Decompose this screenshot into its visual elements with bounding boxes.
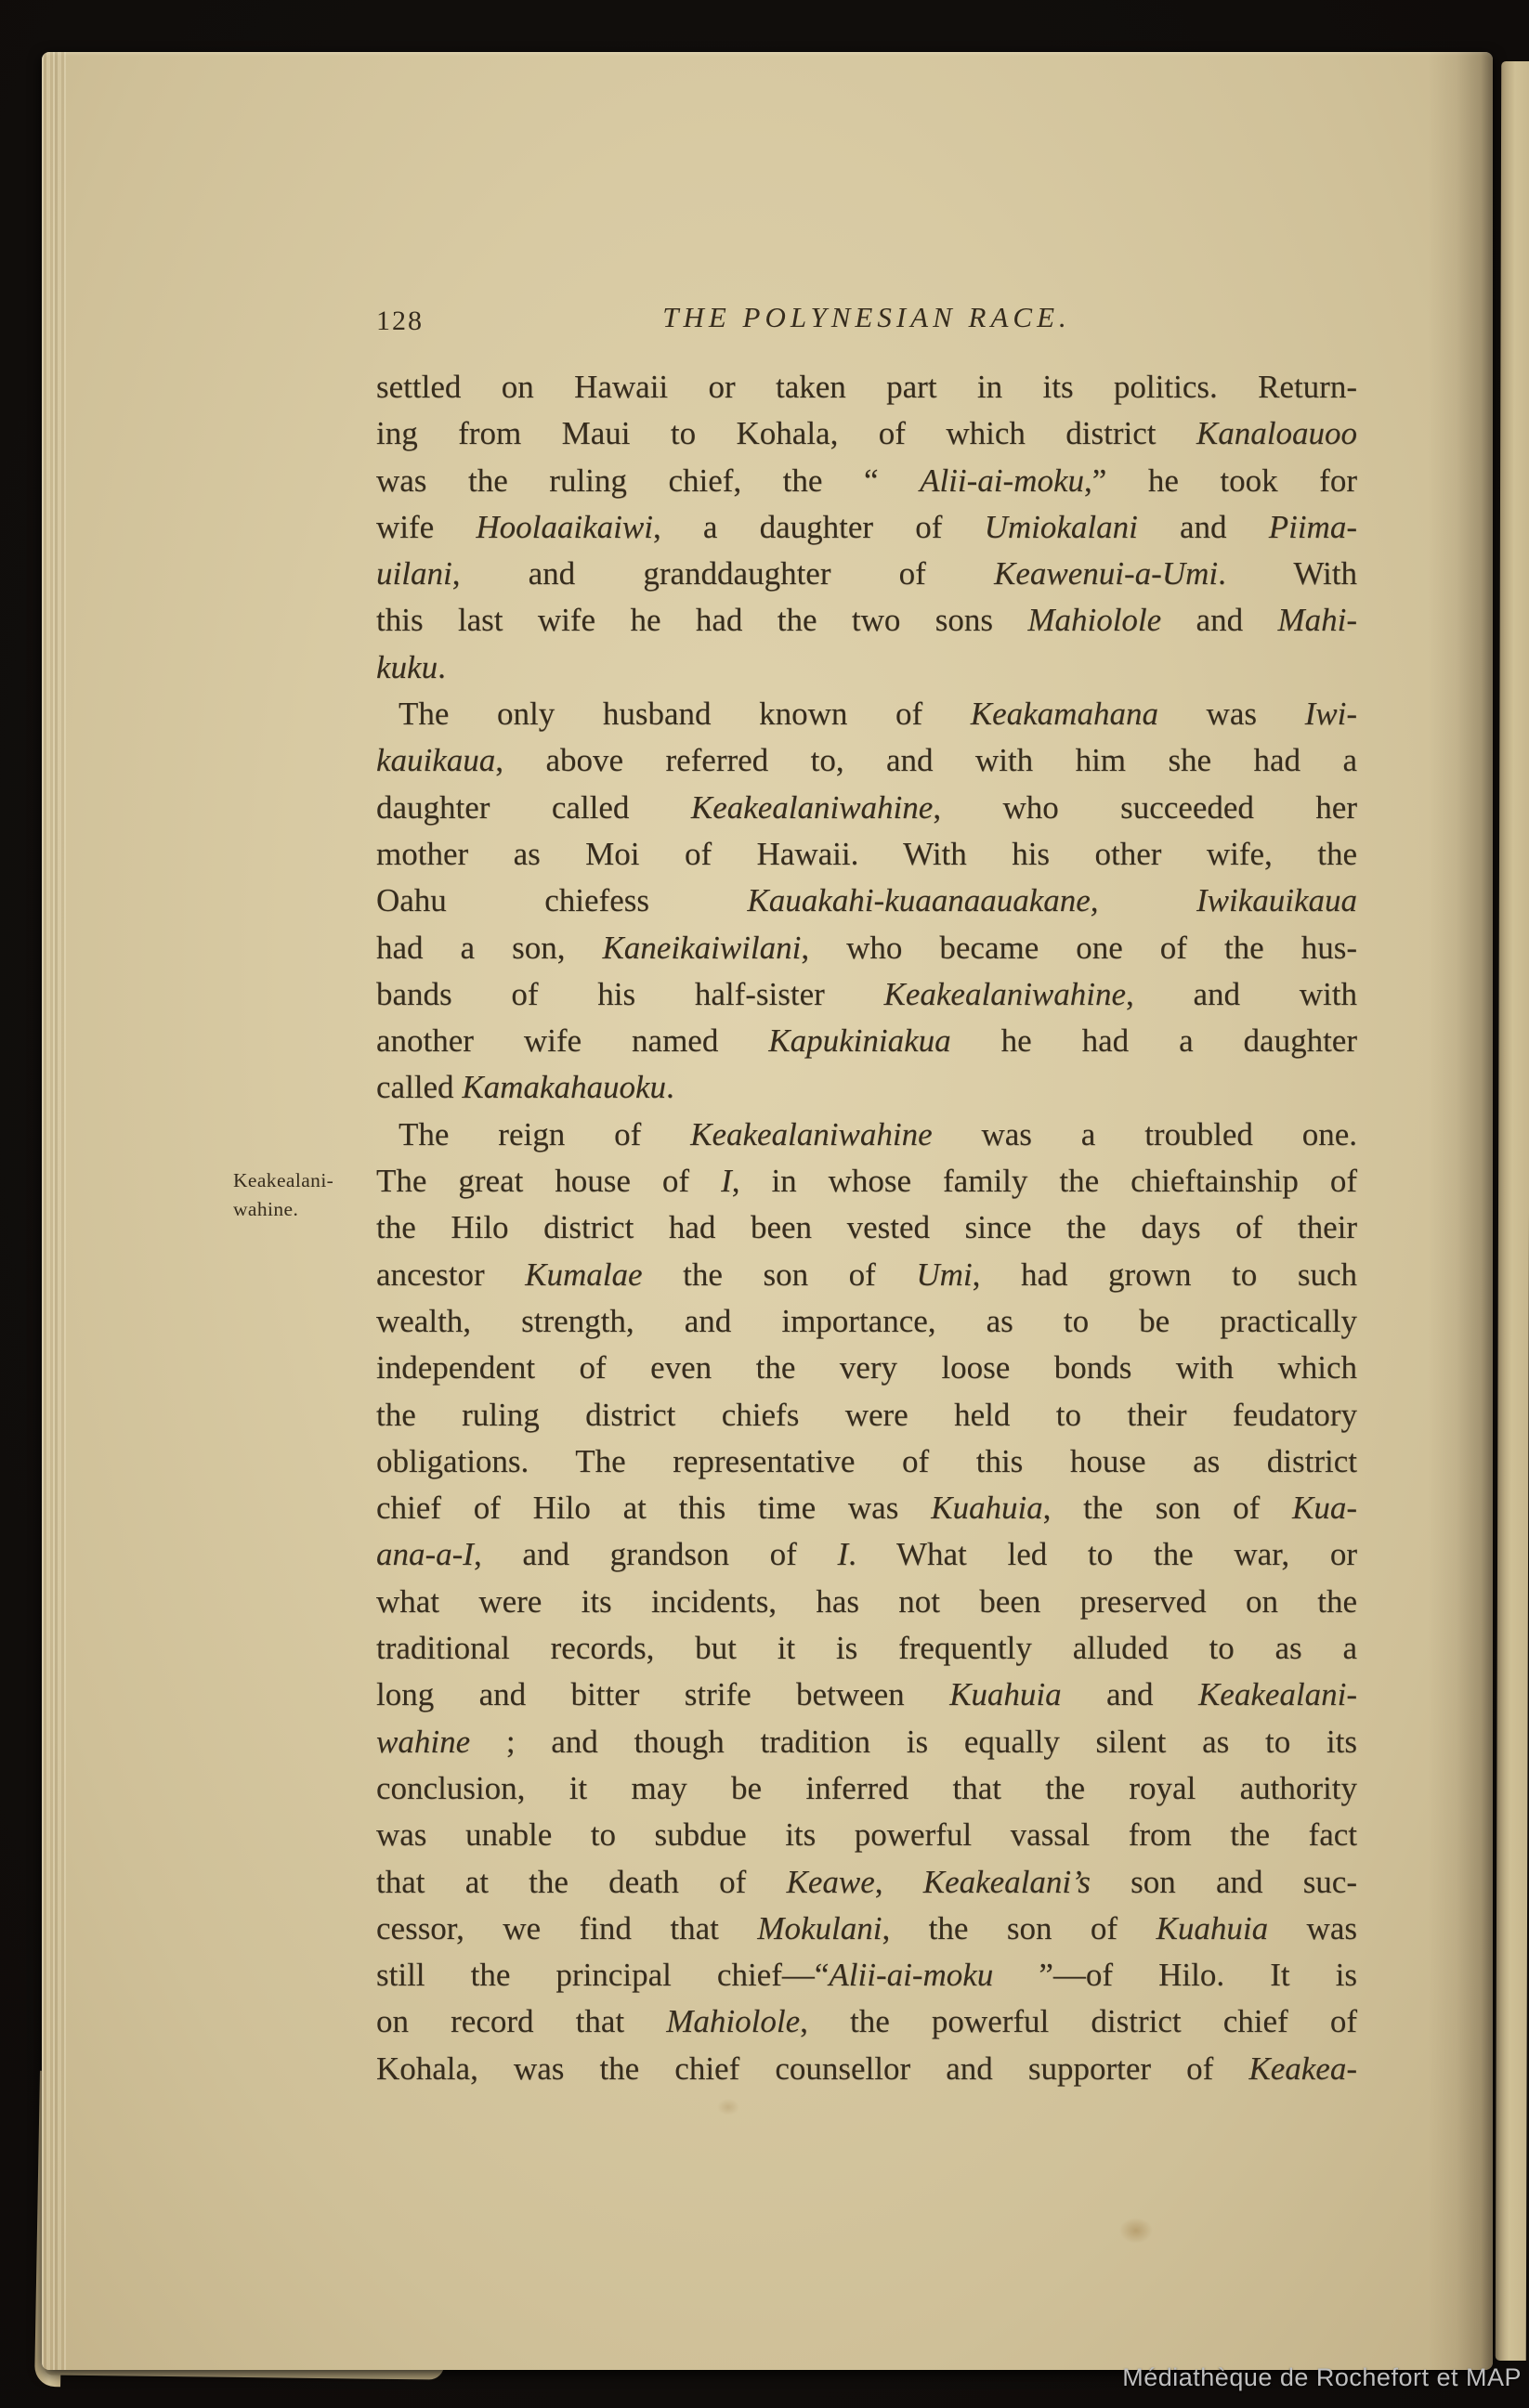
- text-line: long and bitter strife between Kuahuia a…: [376, 1672, 1357, 1718]
- text-line: wahine ; and though tradition is equally…: [376, 1719, 1357, 1765]
- text-line: The only husband known of Keakamahana wa…: [376, 691, 1357, 737]
- text-line: Oahu chiefess Kauakahi-kuaanaauakane, Iw…: [376, 878, 1357, 924]
- page-header: 128 THE POLYNESIAN RACE.: [376, 301, 1357, 344]
- text-line: bands of his half-sister Keakealaniwahin…: [376, 971, 1357, 1018]
- text-line: traditional records, but it is frequentl…: [376, 1625, 1357, 1672]
- text-line: was the ruling chief, the “ Alii-ai-moku…: [376, 458, 1357, 504]
- text-line: ing from Maui to Kohala, of which distri…: [376, 410, 1357, 457]
- margin-note-line: wahine.: [233, 1195, 391, 1224]
- text-line: another wife named Kapukiniakua he had a…: [376, 1018, 1357, 1064]
- text-line: ana-a-I, and grandson of I. What led to …: [376, 1531, 1357, 1578]
- text-line: still the principal chief—“Alii-ai-moku …: [376, 1952, 1357, 1998]
- scan-background: 128 THE POLYNESIAN RACE. Keakealani- wah…: [0, 0, 1529, 2408]
- text-line: conclusion, it may be inferred that the …: [376, 1765, 1357, 1812]
- text-line: Kohala, was the chief counsellor and sup…: [376, 2046, 1357, 2092]
- margin-note: Keakealani- wahine.: [233, 1166, 391, 1224]
- gutter-shadow: [1428, 52, 1493, 2370]
- text-line: daughter called Keakealaniwahine, who su…: [376, 785, 1357, 831]
- text-line: on record that Mahiolole, the powerful d…: [376, 1998, 1357, 2045]
- text-line: settled on Hawaii or taken part in its p…: [376, 364, 1357, 410]
- text-line: wealth, strength, and importance, as to …: [376, 1298, 1357, 1345]
- body-text: settled on Hawaii or taken part in its p…: [376, 364, 1357, 2092]
- text-line: was unable to subdue its powerful vassal…: [376, 1812, 1357, 1858]
- text-line: obligations. The representative of this …: [376, 1438, 1357, 1485]
- running-title: THE POLYNESIAN RACE.: [376, 301, 1357, 334]
- text-line: ancestor Kumalae the son of Umi, had gro…: [376, 1252, 1357, 1298]
- text-line: kuku.: [376, 644, 1357, 691]
- text-line: wife Hoolaaikaiwi, a daughter of Umiokal…: [376, 504, 1357, 551]
- text-line: kauikaua, above referred to, and with hi…: [376, 737, 1357, 784]
- text-line: uilani, and granddaughter of Keawenui-a-…: [376, 551, 1357, 597]
- margin-note-line: Keakealani-: [233, 1166, 391, 1195]
- text-line: called Kamakahauoku.: [376, 1064, 1357, 1111]
- text-line: the ruling district chiefs were held to …: [376, 1392, 1357, 1438]
- text-line: mother as Moi of Hawaii. With his other …: [376, 831, 1357, 878]
- text-line: The great house of I, in whose family th…: [376, 1158, 1357, 1204]
- deckle-edge: [42, 52, 66, 2370]
- text-line: that at the death of Keawe, Keakealani’s…: [376, 1859, 1357, 1906]
- text-line: what were its incidents, has not been pr…: [376, 1579, 1357, 1625]
- next-page-edge: [1496, 61, 1529, 2361]
- text-line: the Hilo district had been vested since …: [376, 1204, 1357, 1251]
- library-watermark: Médiathèque de Rochefort et MAP: [1122, 2363, 1522, 2392]
- text-line: cessor, we find that Mokulani, the son o…: [376, 1906, 1357, 1952]
- text-line: chief of Hilo at this time was Kuahuia, …: [376, 1485, 1357, 1531]
- book-page: 128 THE POLYNESIAN RACE. Keakealani- wah…: [42, 52, 1493, 2370]
- text-line: independent of even the very loose bonds…: [376, 1345, 1357, 1391]
- text-line: this last wife he had the two sons Mahio…: [376, 597, 1357, 644]
- text-line: had a son, Kaneikaiwilani, who became on…: [376, 925, 1357, 971]
- text-line: The reign of Keakealaniwahine was a trou…: [376, 1112, 1357, 1158]
